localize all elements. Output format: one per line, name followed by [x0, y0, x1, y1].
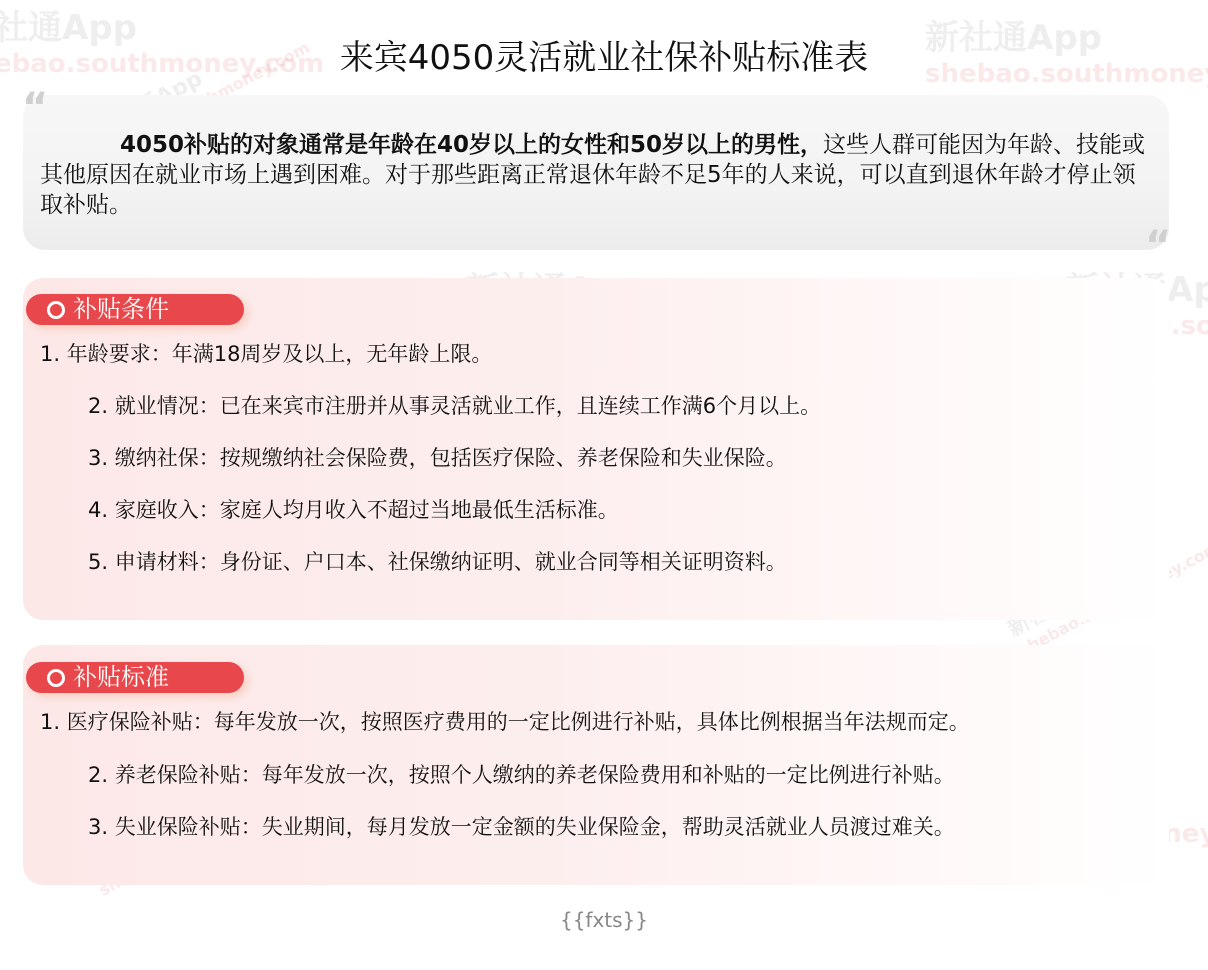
list-item: 2. 养老保险补贴：每年发放一次，按照个人缴纳的养老保险费用和补贴的一定比例进行…	[88, 761, 955, 789]
section-heading-label: 补贴标准	[73, 662, 169, 693]
list-item: 5. 申请材料：身份证、户口本、社保缴纳证明、就业合同等相关证明资料。	[88, 548, 787, 576]
list-item: 1. 医疗保险补贴：每年发放一次，按照医疗费用的一定比例进行补贴，具体比例根据当…	[40, 708, 970, 736]
section-heading-standards: 补贴标准	[26, 662, 244, 693]
quote-close-icon: “	[1145, 226, 1171, 266]
intro-paragraph: 4050补贴的对象通常是年龄在40岁以上的女性和50岁以上的男性，这些人群可能因…	[40, 130, 1150, 220]
list-item: 1. 年龄要求：年满18周岁及以上，无年龄上限。	[40, 340, 492, 368]
list-item: 2. 就业情况：已在来宾市注册并从事灵活就业工作，且连续工作满6个月以上。	[88, 392, 821, 420]
section-heading-label: 补贴条件	[73, 294, 169, 325]
intro-highlight: 4050补贴的对象通常是年龄在40岁以上的女性和50岁以上的男性，	[120, 132, 823, 158]
list-item: 3. 缴纳社保：按规缴纳社会保险费，包括医疗保险、养老保险和失业保险。	[88, 444, 787, 472]
footer-placeholder: {{fxts}}	[0, 908, 1208, 932]
list-item: 3. 失业保险补贴：失业期间，每月发放一定金额的失业保险金，帮助灵活就业人员渡过…	[88, 813, 955, 841]
page-title: 来宾4050灵活就业社保补贴标准表	[0, 30, 1208, 79]
ring-icon	[47, 301, 65, 319]
section-heading-conditions: 补贴条件	[26, 294, 244, 325]
list-item: 4. 家庭收入：家庭人均月收入不超过当地最低生活标准。	[88, 496, 619, 524]
ring-icon	[47, 669, 65, 687]
quote-open-icon: “	[22, 88, 48, 128]
